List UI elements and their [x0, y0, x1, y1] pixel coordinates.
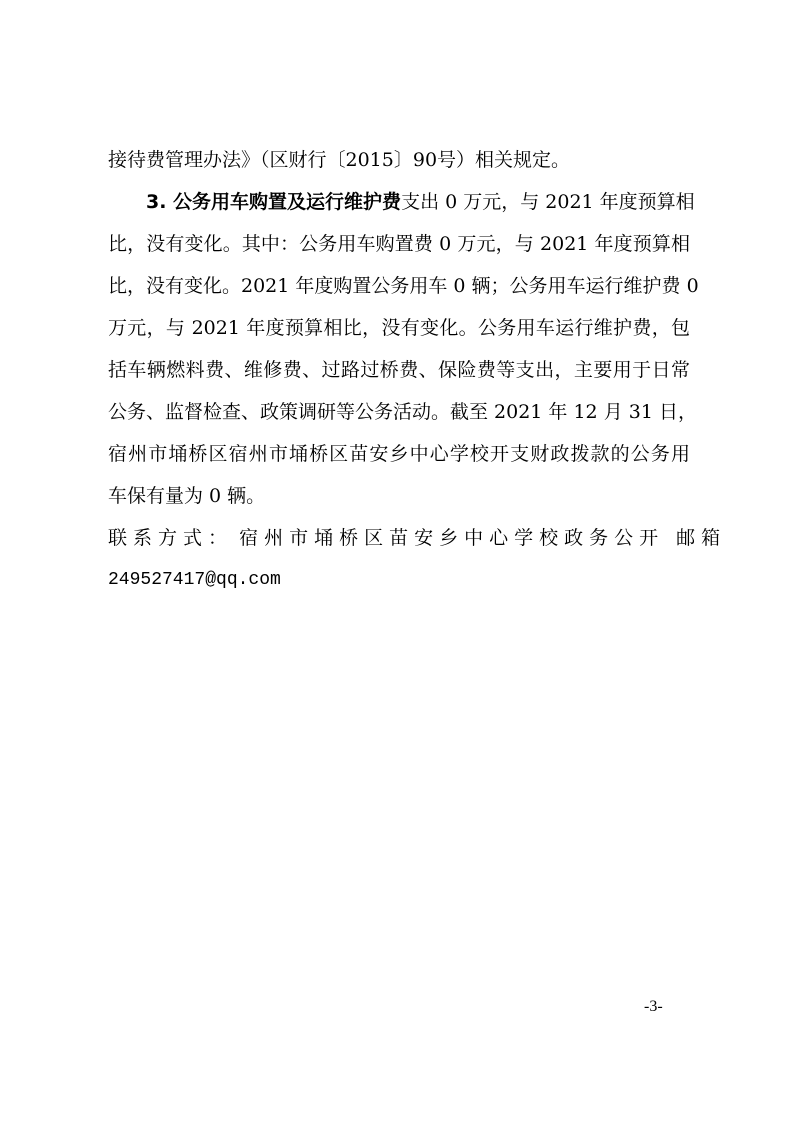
- paragraph-line: 括车辆燃料费、维修费、过路过桥费、保险费等支出，主要用于日常: [108, 358, 690, 382]
- paragraph-line: 接待费管理办法》（区财行〔2015〕90号）相关规定。: [108, 148, 690, 172]
- contact-label: 联系方式：: [108, 527, 233, 549]
- section-3-first-line: 3. 公务用车购置及运行维护费支出 0 万元，与 2021 年度预算相: [108, 190, 690, 214]
- paragraph-line: 车保有量为 0 辆。: [108, 484, 690, 508]
- paragraph-line: 宿州市埇桥区宿州市埇桥区苗安乡中心学校开支财政拨款的公务用: [108, 442, 690, 466]
- contact-line: 联系方式： 宿州市埇桥区苗安乡中心学校政务公开 邮箱: [108, 526, 690, 550]
- page-number: -3-: [644, 998, 663, 1016]
- paragraph-line: 公务、监督检查、政策调研等公务活动。截至 2021 年 12 月 31 日，: [108, 400, 690, 424]
- paragraph-line: 比，没有变化。2021 年度购置公务用车 0 辆；公务用车运行维护费 0: [108, 274, 690, 298]
- document-page: 接待费管理办法》（区财行〔2015〕90号）相关规定。 3. 公务用车购置及运行…: [0, 0, 793, 1122]
- paragraph-line: 万元，与 2021 年度预算相比，没有变化。公务用车运行维护费，包: [108, 316, 690, 340]
- contact-text: 宿州市埇桥区苗安乡中心学校政务公开 邮箱: [239, 527, 726, 549]
- section-3-heading: 3. 公务用车购置及运行维护费: [146, 191, 401, 213]
- section-3-text: 支出 0 万元，与 2021 年度预算相: [401, 191, 695, 213]
- paragraph-line: 比，没有变化。其中：公务用车购置费 0 万元，与 2021 年度预算相: [108, 232, 690, 256]
- contact-email: 249527417@qq.com: [108, 568, 690, 592]
